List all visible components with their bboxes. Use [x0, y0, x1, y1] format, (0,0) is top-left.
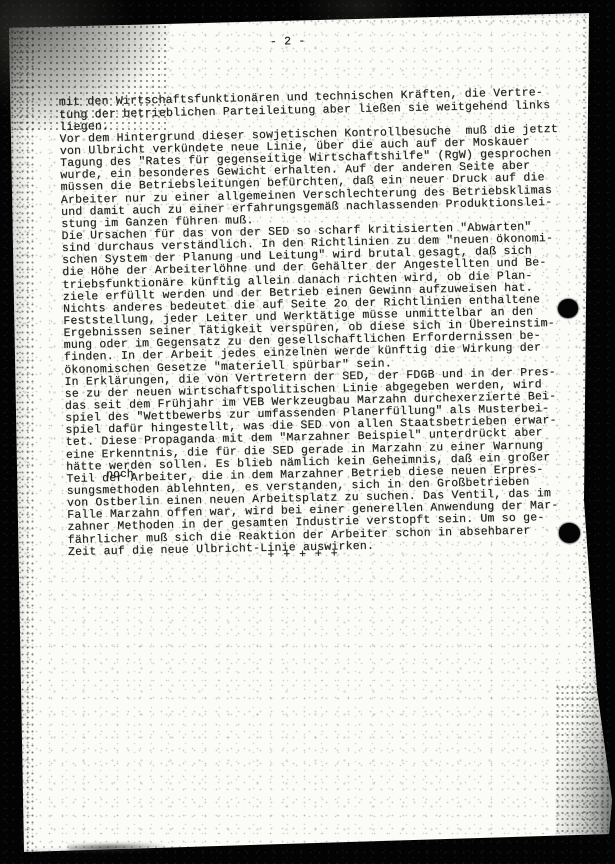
typed-insertion-noch: noch — [106, 469, 134, 482]
scan-smudge-mark — [68, 842, 168, 853]
body-text-block: noch mit den Wirtschaftsfunktionären und… — [58, 51, 566, 559]
page-number: - 2 - — [58, 32, 518, 53]
hole-punch-mark-top — [558, 299, 578, 318]
typewritten-content: - 2 - noch mit den Wirtschaftsfunktionär… — [0, 0, 615, 864]
hole-punch-mark-bottom — [559, 523, 580, 543]
scanned-document-page: - 2 - noch mit den Wirtschaftsfunktionär… — [0, 0, 615, 864]
document-sheet: - 2 - noch mit den Wirtschaftsfunktionär… — [0, 0, 615, 864]
